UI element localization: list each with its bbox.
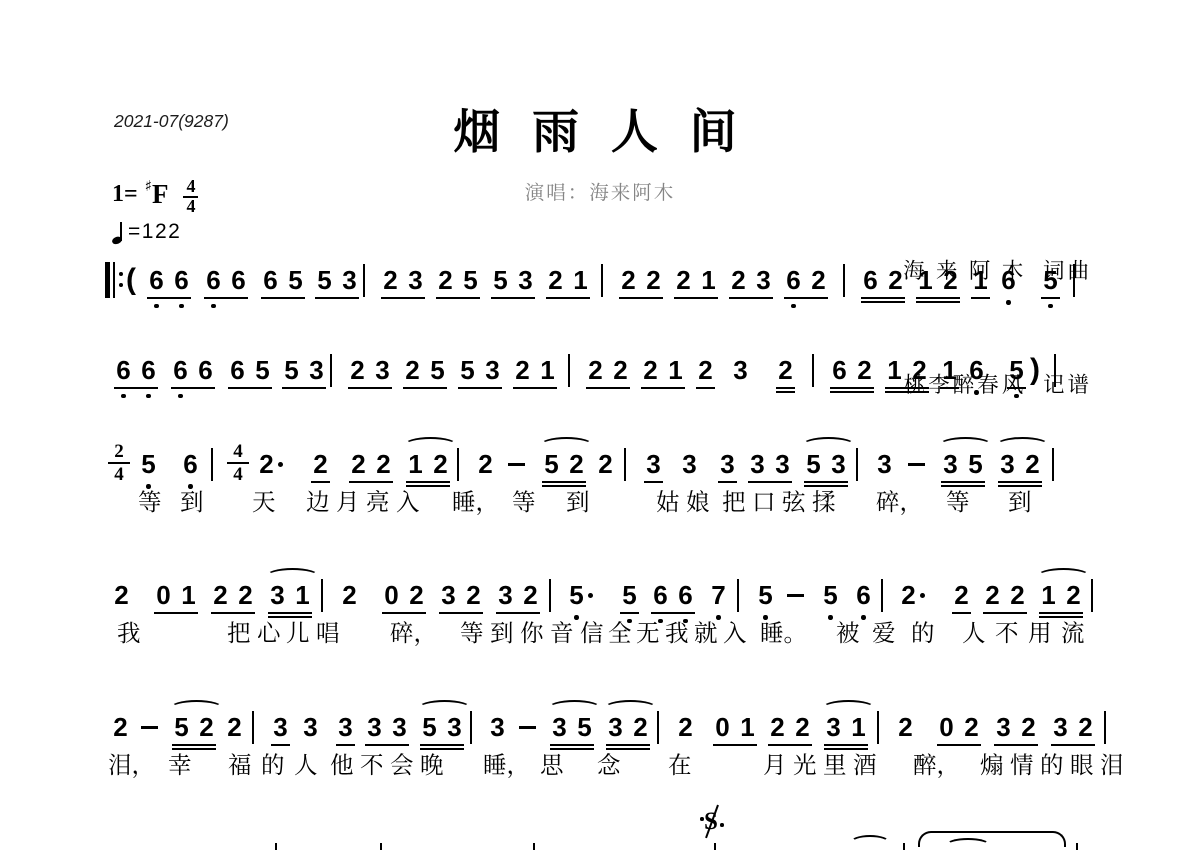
note-digit: 6: [205, 266, 222, 294]
lyric-char: 不: [360, 753, 384, 780]
lyric-char: 到: [490, 621, 514, 648]
note-digit: 5: [287, 266, 304, 294]
dash-extension: [519, 726, 536, 729]
note-digit: 2: [514, 356, 531, 384]
note-digit: 5: [967, 450, 984, 478]
lyric-char: 全: [608, 621, 632, 648]
lyric-char: 睡。: [760, 621, 807, 648]
note-digit: 5: [757, 581, 774, 609]
beam-line: [542, 481, 586, 483]
lyric-char: 到: [180, 490, 204, 517]
note-digit: 2: [953, 581, 970, 609]
lyric-char: 姑: [656, 490, 680, 517]
note-digit: 3: [272, 713, 289, 741]
note-digit: 2: [113, 581, 130, 609]
beam-line: [824, 744, 868, 746]
barline: [1054, 354, 1056, 387]
lyric-char: 爱: [872, 621, 896, 648]
note-digit: 6: [677, 581, 694, 609]
beam-line: [513, 387, 557, 389]
lyric-char: 酒: [853, 753, 877, 780]
note-digit: 3: [440, 581, 457, 609]
slur-arc: [996, 437, 1049, 453]
beam-line: [824, 748, 868, 750]
octave-dot: [179, 304, 184, 309]
beam-line: [885, 391, 929, 393]
slur-arc: [404, 437, 457, 453]
beam-line: [830, 387, 874, 389]
note-digit: 2: [963, 713, 980, 741]
note-digit: 3: [681, 450, 698, 478]
slur-arc: [540, 437, 593, 453]
beam-line: [172, 748, 216, 750]
note-digit: 3: [366, 713, 383, 741]
note-digit: 2: [984, 581, 1001, 609]
octave-dot: [154, 304, 159, 309]
lyric-char: 把: [227, 621, 251, 648]
lyric-char: 把: [722, 490, 746, 517]
note-digit: 2: [408, 581, 425, 609]
augmentation-dot: [588, 593, 593, 598]
note-digit: 3: [489, 713, 506, 741]
octave-dot: [828, 615, 833, 620]
beam-line: [768, 744, 812, 746]
octave-dot: [146, 484, 151, 489]
note-digit: 1: [739, 713, 756, 741]
note-digit: 3: [607, 713, 624, 741]
lyric-char: 情: [1010, 753, 1034, 780]
note-digit: 2: [477, 450, 494, 478]
lyric-char: 亮: [366, 490, 390, 517]
slur-arc: [946, 838, 990, 850]
dash-extension: [908, 463, 925, 466]
note-digit: 2: [620, 266, 637, 294]
beam-line: [586, 387, 630, 389]
note-digit: 2: [432, 450, 449, 478]
beam-line: [620, 612, 639, 614]
lyric-char: 幸: [168, 753, 192, 780]
lyric-char: 天: [252, 490, 276, 517]
note-digit: 1: [917, 266, 934, 294]
beam-line: [641, 387, 685, 389]
note-digit: 2: [350, 450, 367, 478]
lyric-char: 睡，: [452, 490, 499, 517]
note-digit: 6: [652, 581, 669, 609]
beam-line: [268, 616, 312, 618]
note-digit: 3: [645, 450, 662, 478]
note-digit: 6: [968, 356, 985, 384]
lyric-char: 月: [763, 753, 787, 780]
note-digit: 2: [911, 356, 928, 384]
barline: [470, 711, 472, 744]
note-digit: 6: [115, 356, 132, 384]
octave-dot: [1014, 394, 1019, 399]
note-digit: 5: [254, 356, 271, 384]
note-digit: 2: [312, 450, 329, 478]
time-signature: 24: [107, 443, 131, 485]
note-digit: 6: [262, 266, 279, 294]
note-digit: 2: [1009, 581, 1026, 609]
note-digit: 2: [522, 581, 539, 609]
beam-line: [619, 297, 663, 299]
lyric-char: 睡，: [483, 753, 530, 780]
lyric-char: 人: [294, 753, 318, 780]
lyric-char: 醉，: [913, 753, 960, 780]
beam-line: [204, 297, 248, 299]
note-digit: 2: [587, 356, 604, 384]
beam-line: [606, 748, 650, 750]
note-digit: 3: [551, 713, 568, 741]
beam-line: [491, 297, 535, 299]
octave-dot: [1006, 300, 1011, 305]
note-digit: 2: [897, 713, 914, 741]
slur-arc: [170, 700, 223, 716]
note-digit: 6: [172, 356, 189, 384]
lyric-char: 泪，: [108, 753, 155, 780]
note-digit: 5: [140, 450, 157, 478]
barline: [1052, 448, 1054, 481]
beam-line: [713, 744, 757, 746]
lyric-char: 被: [836, 621, 860, 648]
note-digit: 0: [714, 713, 731, 741]
note-digit: 6: [140, 356, 157, 384]
octave-dot: [716, 615, 721, 620]
note-digit: 3: [755, 266, 772, 294]
note-digit: 1: [572, 266, 589, 294]
note-digit: 6: [831, 356, 848, 384]
note-digit: 5: [822, 581, 839, 609]
slur-arc: [266, 568, 319, 584]
note-digit: 0: [155, 581, 172, 609]
barline: [275, 843, 277, 850]
beam-line: [1039, 616, 1083, 618]
octave-dot: [188, 484, 193, 489]
dash-extension: [508, 463, 525, 466]
barline: [1076, 843, 1078, 850]
beam-line: [784, 297, 828, 299]
note-digit: 2: [730, 266, 747, 294]
beam-line: [365, 744, 409, 746]
note-digit: 6: [197, 356, 214, 384]
lyric-char: 流: [1061, 621, 1085, 648]
beam-line: [228, 387, 272, 389]
note-digit: 5: [173, 713, 190, 741]
note-digit: 2: [597, 450, 614, 478]
note-digit: 6: [855, 581, 872, 609]
beam-line: [268, 612, 312, 614]
beam-line: [550, 748, 594, 750]
beam-line: [940, 387, 959, 389]
beam-line: [406, 485, 450, 487]
beam-line: [496, 612, 540, 614]
beam-line: [674, 297, 718, 299]
note-digit: 3: [517, 266, 534, 294]
note-digit: 2: [237, 581, 254, 609]
note-digit: 0: [383, 581, 400, 609]
repeat-dot: [119, 272, 123, 276]
barline: [714, 843, 716, 850]
repeat-dot: [119, 283, 123, 287]
lyric-char: 等: [460, 621, 484, 648]
beam-line: [1051, 744, 1095, 746]
beam-line: [885, 387, 929, 389]
augmentation-dot: [278, 462, 283, 467]
beam-line: [804, 481, 848, 483]
lyric-char: 等: [512, 490, 536, 517]
beam-line: [696, 387, 715, 389]
note-digit: 6: [785, 266, 802, 294]
note-digit: 2: [465, 581, 482, 609]
note-digit: 2: [568, 450, 585, 478]
dash-extension: [141, 726, 158, 729]
note-digit: 2: [677, 713, 694, 741]
slur-arc: [1037, 568, 1090, 584]
note-digit: 1: [972, 266, 989, 294]
lyric-char: 会: [390, 753, 414, 780]
note-digit: 3: [484, 356, 501, 384]
octave-dot: [211, 304, 216, 309]
dash-extension: [787, 594, 804, 597]
note-digit: 3: [374, 356, 391, 384]
sheet-music-page: 2021-07(9287) 烟 雨 人 间 演唱：海来阿木 1= ♯ F 4 4…: [0, 0, 1200, 850]
note-digit: 3: [497, 581, 514, 609]
beam-line: [420, 744, 464, 746]
note-digit: 1: [539, 356, 556, 384]
note-digit: 3: [719, 450, 736, 478]
beam-line: [861, 297, 905, 299]
lyric-char: 眼: [1070, 753, 1094, 780]
beam-line: [550, 744, 594, 746]
beam-line: [971, 297, 990, 299]
lyric-char: 娘: [686, 490, 710, 517]
note-digit: 3: [830, 450, 847, 478]
beam-line: [718, 481, 737, 483]
note-digit: 2: [777, 356, 794, 384]
octave-dot: [121, 394, 126, 399]
note-digit: 1: [407, 450, 424, 478]
note-digit: 2: [856, 356, 873, 384]
note-digit: 2: [1077, 713, 1094, 741]
note-digit: 1: [1040, 581, 1057, 609]
note-digit: 2: [375, 450, 392, 478]
lyric-char: 福: [228, 753, 252, 780]
beam-line: [546, 297, 590, 299]
note-digit: 2: [382, 266, 399, 294]
beam-line: [776, 387, 795, 389]
note-digit: 2: [612, 356, 629, 384]
note-digit: 2: [942, 266, 959, 294]
lyric-char: 人: [962, 621, 986, 648]
beam-line: [937, 744, 981, 746]
barline: [856, 448, 858, 481]
note-digit: 5: [568, 581, 585, 609]
note-digit: 2: [437, 266, 454, 294]
note-digit: 3: [341, 266, 358, 294]
beam-line: [147, 297, 191, 299]
beam-line: [315, 297, 359, 299]
repeat-thin-bar: [113, 262, 115, 298]
beam-line: [1007, 387, 1026, 389]
note-digit: 2: [112, 713, 129, 741]
note-digit: 6: [148, 266, 165, 294]
segno-icon: S: [700, 807, 724, 839]
time-signature: 44: [226, 443, 250, 485]
octave-dot: [574, 615, 579, 620]
barline: [211, 448, 213, 481]
beam-line: [458, 387, 502, 389]
note-digit: 5: [543, 450, 560, 478]
note-digit: 7: [710, 581, 727, 609]
beam-line: [154, 612, 198, 614]
slur-arc: [850, 835, 890, 850]
lyric-char: 的: [261, 753, 285, 780]
lyric-char: 煽: [980, 753, 1004, 780]
note-digit: 2: [887, 266, 904, 294]
note-digit: 5: [316, 266, 333, 294]
time-signature-top: 2: [107, 443, 131, 460]
note-digit: 1: [180, 581, 197, 609]
slur-arc: [822, 700, 875, 716]
note-digit: 3: [337, 713, 354, 741]
octave-dot: [974, 390, 979, 395]
beam-line: [651, 612, 695, 614]
beam-line: [941, 485, 985, 487]
note-digit: 3: [446, 713, 463, 741]
note-digit: 3: [774, 450, 791, 478]
beam-line: [439, 612, 483, 614]
note-digit: 2: [675, 266, 692, 294]
beam-line: [983, 612, 1027, 614]
note-digit: 5: [621, 581, 638, 609]
lyric-char: 用: [1028, 621, 1052, 648]
barline: [881, 579, 883, 612]
note-digit: 3: [876, 450, 893, 478]
note-digit: 1: [941, 356, 958, 384]
note-digit: 2: [794, 713, 811, 741]
beam-line: [776, 391, 795, 393]
lyric-char: 里: [823, 753, 847, 780]
beam-line: [420, 748, 464, 750]
lyric-char: 揉: [812, 490, 836, 517]
barline: [533, 843, 535, 850]
note-digit: 3: [391, 713, 408, 741]
note-digit: 0: [938, 713, 955, 741]
barline: [1091, 579, 1093, 612]
barline: [737, 579, 739, 612]
time-signature-bottom: 4: [226, 466, 250, 483]
lyric-char: 碎，: [876, 490, 923, 517]
beam-line: [381, 297, 425, 299]
lyric-char: 的: [911, 621, 935, 648]
note-digit: 3: [999, 450, 1016, 478]
beam-line: [1041, 297, 1060, 299]
note-digit: 2: [198, 713, 215, 741]
parenthesis: (: [126, 262, 136, 298]
note-digit: 2: [810, 266, 827, 294]
beam-line: [349, 481, 393, 483]
note-digit: 6: [182, 450, 199, 478]
note-digit: 2: [226, 713, 243, 741]
barline: [843, 264, 845, 297]
note-digit: 5: [492, 266, 509, 294]
lyric-char: 无: [636, 621, 660, 648]
barline: [601, 264, 603, 297]
note-digit: 3: [302, 713, 319, 741]
lyric-char: 唱: [316, 621, 340, 648]
lyric-char: 边: [306, 490, 330, 517]
barline: [321, 579, 323, 612]
beam-line: [261, 297, 305, 299]
beam-line: [861, 301, 905, 303]
octave-dot: [1048, 304, 1053, 309]
note-digit: 5: [576, 713, 593, 741]
note-digit: 2: [1024, 450, 1041, 478]
barline: [877, 711, 879, 744]
barline: [252, 711, 254, 744]
beam-line: [998, 481, 1042, 483]
lyric-char: 泪: [1100, 753, 1124, 780]
tie-arc: [918, 831, 1066, 847]
barline: [549, 579, 551, 612]
slur-arc: [418, 700, 471, 716]
note-digit: 2: [547, 266, 564, 294]
note-digit: 2: [632, 713, 649, 741]
lyric-char: 到: [566, 490, 590, 517]
beam-line: [916, 297, 960, 299]
note-digit: 6: [173, 266, 190, 294]
lyric-char: 音: [550, 621, 574, 648]
note-digit: 3: [995, 713, 1012, 741]
barline: [812, 354, 814, 387]
lyric-char: 入: [723, 621, 747, 648]
beam-line: [171, 387, 215, 389]
note-digit: 2: [900, 581, 917, 609]
beam-line: [644, 481, 663, 483]
beam-line: [830, 391, 874, 393]
lyric-char: 到: [1008, 490, 1032, 517]
note-digit: 6: [1000, 266, 1017, 294]
lyric-char: 口: [752, 490, 776, 517]
beam-line: [282, 387, 326, 389]
beam-line: [172, 744, 216, 746]
note-digit: 1: [667, 356, 684, 384]
beam-line: [348, 387, 392, 389]
note-digit: 6: [229, 356, 246, 384]
time-signature-bottom: 4: [107, 466, 131, 483]
note-digit: 5: [283, 356, 300, 384]
lyric-char: 碎，: [390, 621, 437, 648]
octave-dot: [178, 394, 183, 399]
lyric-char: 弦: [782, 490, 806, 517]
lyric-char: 的: [1040, 753, 1064, 780]
barline: [363, 264, 365, 297]
beam-line: [804, 485, 848, 487]
beam-line: [994, 744, 1038, 746]
lyric-char: 就: [694, 621, 718, 648]
lyric-char: 入: [396, 490, 420, 517]
barline: [330, 354, 332, 387]
note-digit: 1: [700, 266, 717, 294]
lyric-char: 我: [117, 621, 141, 648]
repeat-thick-bar: [105, 262, 110, 298]
beam-line: [998, 485, 1042, 487]
slur-arc: [802, 437, 855, 453]
lyric-char: 月: [336, 490, 360, 517]
note-digit: 3: [1052, 713, 1069, 741]
note-digit: 5: [1042, 266, 1059, 294]
beam-line: [729, 297, 773, 299]
note-digit: 2: [341, 581, 358, 609]
